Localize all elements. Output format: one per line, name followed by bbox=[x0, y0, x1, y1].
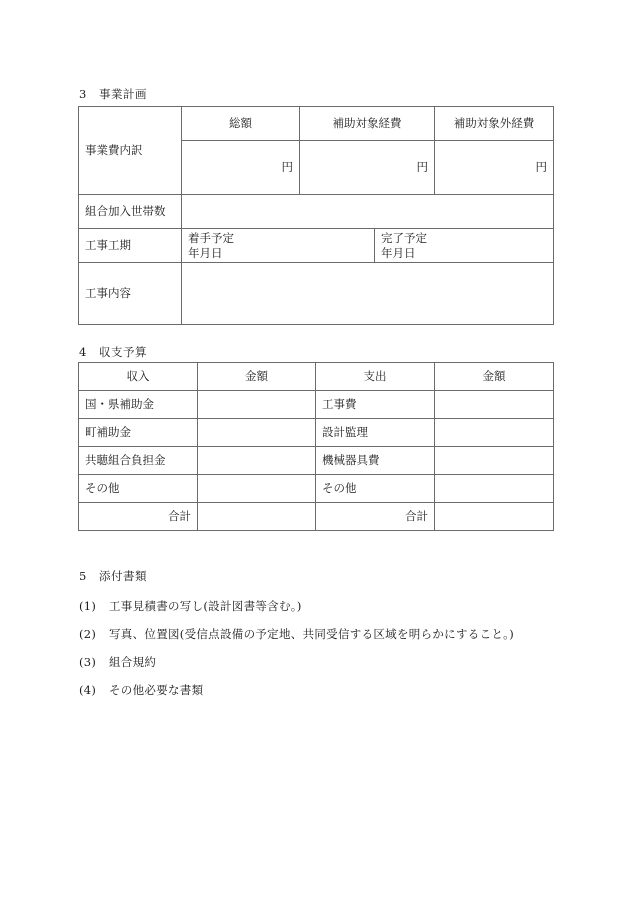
budget-row: 町補助金 設計監理 bbox=[79, 419, 554, 447]
total-amount-cell[interactable]: 円 bbox=[182, 141, 300, 195]
attachments-list: (1)工事見積書の写し(設計図書等含む。) (2)写真、位置図(受信点設備の予定… bbox=[79, 592, 514, 704]
item-text: 組合規約 bbox=[109, 655, 156, 669]
income-amount-cell[interactable] bbox=[198, 391, 316, 419]
section-5-heading: 5添付書類 bbox=[79, 568, 147, 584]
list-item: (3)組合規約 bbox=[79, 648, 514, 676]
item-index: (2) bbox=[79, 620, 109, 648]
expense-item: 機械器具費 bbox=[316, 447, 435, 475]
list-item: (2)写真、位置図(受信点設備の予定地、共同受信する区域を明らかにすること。) bbox=[79, 620, 514, 648]
expense-amount-cell[interactable] bbox=[435, 419, 554, 447]
period-label: 工事工期 bbox=[79, 229, 182, 263]
start-label: 着手予定 bbox=[188, 231, 368, 246]
expense-amount-cell[interactable] bbox=[435, 475, 554, 503]
budget-row: 共聴組合負担金 機械器具費 bbox=[79, 447, 554, 475]
end-date-cell[interactable]: 完了予定 年月日 bbox=[375, 229, 554, 263]
expense-item: その他 bbox=[316, 475, 435, 503]
item-text: その他必要な書類 bbox=[109, 683, 203, 697]
start-date-cell[interactable]: 着手予定 年月日 bbox=[182, 229, 375, 263]
budget-table: 収入 金額 支出 金額 国・県補助金 工事費 町補助金 設計監理 共聴組合負担金… bbox=[78, 362, 554, 531]
budget-row: 国・県補助金 工事費 bbox=[79, 391, 554, 419]
section-4-title: 収支予算 bbox=[99, 345, 147, 359]
business-plan-table: 事業費内訳 総額 補助対象経費 補助対象外経費 円 円 円 組合加入世帯数 工事… bbox=[78, 106, 554, 325]
section-5-title: 添付書類 bbox=[99, 569, 147, 583]
list-item: (1)工事見積書の写し(設計図書等含む。) bbox=[79, 592, 514, 620]
header-income: 収入 bbox=[79, 363, 198, 391]
col-header-subsidized: 補助対象経費 bbox=[300, 107, 435, 141]
yen-unit: 円 bbox=[536, 160, 548, 174]
col-header-non-subsidized: 補助対象外経費 bbox=[435, 107, 554, 141]
income-item: 町補助金 bbox=[79, 419, 198, 447]
expense-amount-cell[interactable] bbox=[435, 447, 554, 475]
income-amount-cell[interactable] bbox=[198, 447, 316, 475]
expense-item: 設計監理 bbox=[316, 419, 435, 447]
end-label: 完了予定 bbox=[381, 231, 547, 246]
item-index: (3) bbox=[79, 648, 109, 676]
subsidized-amount-cell[interactable]: 円 bbox=[300, 141, 435, 195]
item-text: 工事見積書の写し(設計図書等含む。) bbox=[109, 599, 302, 613]
budget-row: その他 その他 bbox=[79, 475, 554, 503]
section-3-heading: 3事業計画 bbox=[79, 86, 147, 102]
income-item: 共聴組合負担金 bbox=[79, 447, 198, 475]
households-label: 組合加入世帯数 bbox=[79, 195, 182, 229]
income-total-cell[interactable] bbox=[198, 503, 316, 531]
income-amount-cell[interactable] bbox=[198, 419, 316, 447]
section-4-number: 4 bbox=[79, 345, 99, 359]
income-amount-cell[interactable] bbox=[198, 475, 316, 503]
header-income-amount: 金額 bbox=[198, 363, 316, 391]
section-4-heading: 4収支予算 bbox=[79, 344, 147, 360]
expense-total-label: 合計 bbox=[316, 503, 435, 531]
list-item: (4)その他必要な書類 bbox=[79, 676, 514, 704]
expense-item: 工事費 bbox=[316, 391, 435, 419]
section-3-title: 事業計画 bbox=[99, 87, 147, 101]
expense-amount-cell[interactable] bbox=[435, 391, 554, 419]
item-index: (4) bbox=[79, 676, 109, 704]
header-expense: 支出 bbox=[316, 363, 435, 391]
income-total-label: 合計 bbox=[79, 503, 198, 531]
header-expense-amount: 金額 bbox=[435, 363, 554, 391]
yen-unit: 円 bbox=[282, 160, 294, 174]
section-3-number: 3 bbox=[79, 87, 99, 101]
section-5-number: 5 bbox=[79, 569, 99, 583]
yen-unit: 円 bbox=[417, 160, 429, 174]
content-label: 工事内容 bbox=[79, 263, 182, 325]
item-index: (1) bbox=[79, 592, 109, 620]
income-item: 国・県補助金 bbox=[79, 391, 198, 419]
expense-total-cell[interactable] bbox=[435, 503, 554, 531]
non-subsidized-amount-cell[interactable]: 円 bbox=[435, 141, 554, 195]
end-date: 年月日 bbox=[381, 246, 547, 261]
item-text: 写真、位置図(受信点設備の予定地、共同受信する区域を明らかにすること。) bbox=[109, 627, 514, 641]
budget-total-row: 合計 合計 bbox=[79, 503, 554, 531]
breakdown-label: 事業費内訳 bbox=[79, 107, 182, 195]
households-value-cell[interactable] bbox=[182, 195, 554, 229]
start-date: 年月日 bbox=[188, 246, 368, 261]
col-header-total: 総額 bbox=[182, 107, 300, 141]
income-item: その他 bbox=[79, 475, 198, 503]
content-value-cell[interactable] bbox=[182, 263, 554, 325]
